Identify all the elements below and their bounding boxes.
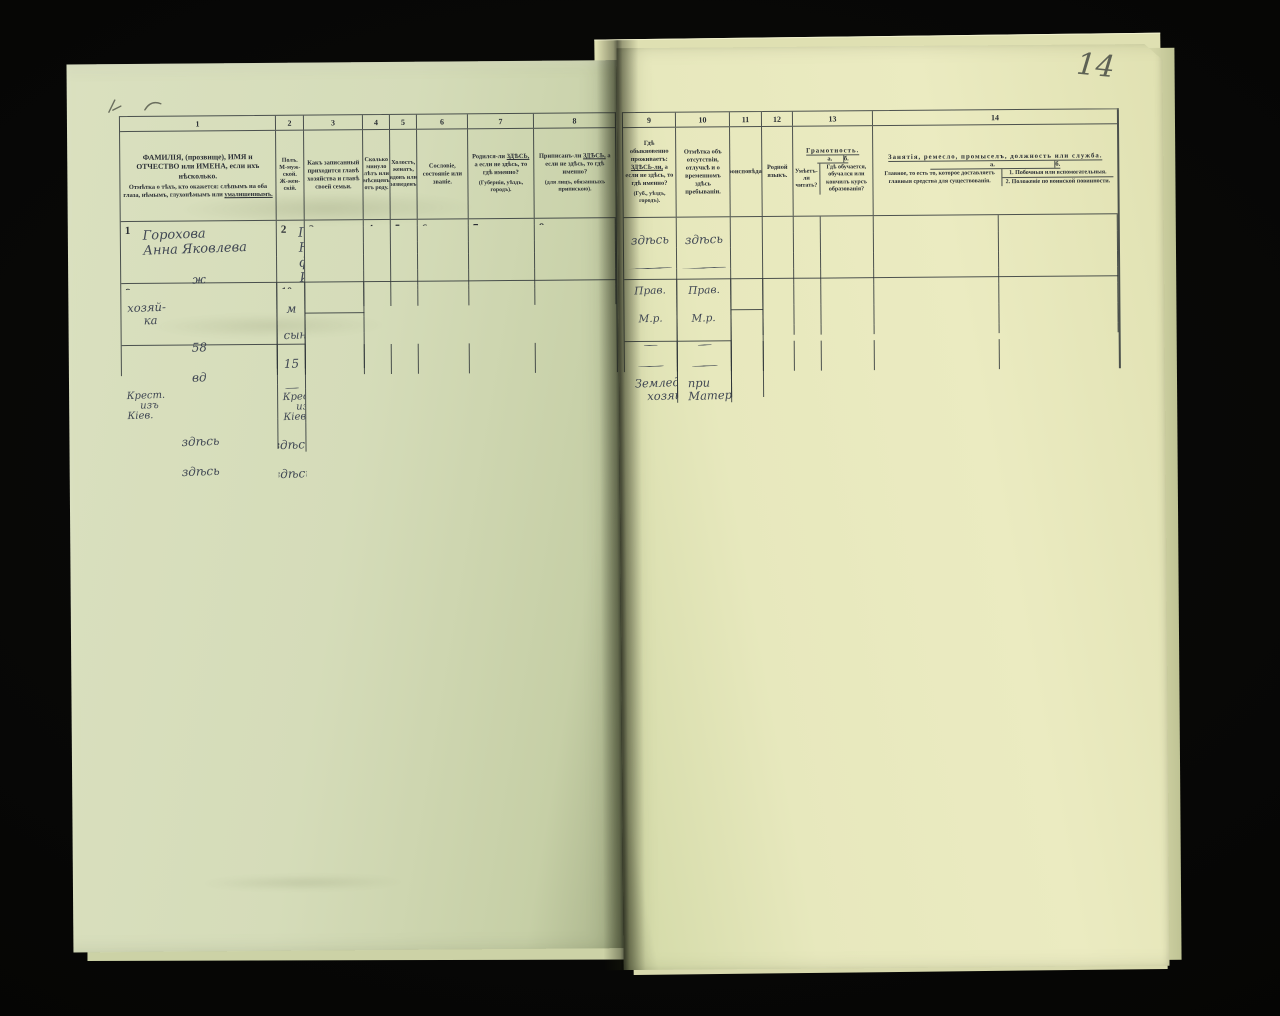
- table-row-right-8: 12: [999, 214, 1118, 277]
- cell-literacy_school: [763, 305, 794, 325]
- table-row-left-10: 10: [277, 283, 305, 345]
- census-table-right: 9 10 11 12 13 14 Гдѣ обыкновенно прожива…: [622, 108, 1121, 372]
- column-number: 12: [762, 112, 793, 126]
- column-number: 8: [534, 113, 615, 128]
- cell-marital: [469, 269, 535, 286]
- cell-resides: [731, 217, 763, 233]
- cell-occupation_main: [875, 323, 1000, 334]
- cell-marital: [364, 270, 391, 286]
- cell-marital: [535, 268, 616, 285]
- page-right: 14 9 10 11 12 13 14 Гдѣ обыкновенно прож…: [616, 44, 1169, 970]
- table-row-left-2: 2Гороховъ Ники-форъ Ивановъмсынъ15Крест.…: [277, 221, 305, 283]
- cell-resides: здѣсь: [624, 218, 677, 248]
- column-number: 2: [276, 116, 304, 130]
- table-row-right-5: 12: [794, 217, 821, 279]
- cell-age: [418, 253, 469, 269]
- cell-language: [763, 269, 794, 285]
- cell-sex: [364, 226, 391, 242]
- handwriting: здѣсь: [684, 233, 722, 248]
- header-registration: Приписанъ-ли ЗДѢСЬ, а если не здѣсь, то …: [534, 128, 616, 218]
- table-row-left-8: 8: [535, 218, 616, 281]
- row-number: 2: [281, 224, 287, 236]
- column-number: 5: [390, 115, 417, 129]
- cell-language: [999, 266, 1118, 283]
- cell-literacy_school: [794, 305, 821, 325]
- cell-estate: Крест.изъКіев.: [278, 388, 306, 422]
- header-occupation-b-letter: б.: [1055, 161, 1060, 168]
- handwriting: здѣсь: [181, 434, 219, 449]
- cell-occupation_main: [732, 387, 764, 397]
- header-occupation-side: 1. Побочныя или вспомогательныя. 2. Поло…: [1003, 168, 1114, 186]
- cell-registered: [418, 305, 469, 321]
- cell-registered: [469, 305, 535, 322]
- table-row-left-partial: [305, 282, 364, 313]
- cell-sex: [418, 225, 469, 241]
- cell-absence: [763, 233, 794, 253]
- table-row-left-3: 3: [305, 220, 364, 282]
- handwriting: Гороховъ Ники-форъ Ивановъ: [298, 227, 303, 287]
- header-occupation: Занятія, ремесло, промыселъ, должность и…: [873, 124, 1118, 215]
- cell-literacy_read: [763, 285, 794, 305]
- cell-religion: [794, 253, 821, 269]
- column-number: 10: [676, 112, 730, 126]
- census-table-left: 1 2 3 4 5 6 7 8 ФАМИЛІЯ, (прозвище), ИМЯ…: [119, 112, 618, 376]
- cell-religion: [763, 253, 794, 269]
- handwriting: здѣсь: [631, 233, 669, 248]
- cell-resides: [794, 217, 821, 233]
- header-name-note: Отмѣтка о тѣхъ, кто окажется: слѣпымъ на…: [122, 183, 273, 200]
- cell-occupation_main: [1000, 322, 1119, 333]
- handwriting: ГороховаАнна Яковлева: [142, 225, 274, 258]
- cell-name: 2Гороховъ Ники-форъ Ивановъ: [277, 221, 306, 287]
- cell-absence: [794, 233, 821, 253]
- cell-age: [305, 254, 364, 270]
- column-number: 4: [363, 115, 390, 129]
- cell-absence: [677, 295, 731, 315]
- cell-relation: [418, 241, 469, 253]
- table-row-left-9: 9: [121, 283, 277, 346]
- header-estate: Сословіе, состояніе или званіе.: [417, 129, 469, 218]
- table-row-right-partial: 1: [731, 279, 763, 310]
- cell-age: [535, 252, 616, 269]
- cell-resides: [731, 279, 763, 295]
- handwriting: здѣсь: [278, 438, 306, 453]
- cell-language: [874, 267, 999, 284]
- table-row-right-6: 12: [821, 216, 874, 278]
- header-occupation-main: Главное, то есть то, которое доставляетъ…: [878, 169, 1003, 187]
- cell-born: [469, 289, 535, 306]
- cell-absence: [999, 230, 1118, 251]
- handwriting: Крест.изъКіев.: [283, 392, 306, 423]
- cell-religion: [677, 315, 731, 331]
- book-spread: 1 2 3 4 5 6 7 8 ФАМИЛІЯ, (прозвище), ИМЯ…: [0, 0, 1280, 1016]
- cell-name: 1ГороховаАнна Яковлева: [121, 221, 277, 258]
- cell-age: [469, 253, 535, 270]
- cell-resides: [821, 216, 874, 232]
- cell-sex: [391, 226, 418, 242]
- table-row-right-9: 12: [624, 280, 677, 342]
- header-marital: Холостъ, женатъ, вдовъ или разведенъ.: [390, 130, 418, 219]
- table-row-left-6: 6: [418, 219, 469, 281]
- page-number: 14: [1075, 47, 1116, 86]
- table-row-right-7: 12: [874, 215, 999, 278]
- cell-sex: [305, 288, 364, 304]
- cell-absence: [821, 232, 874, 252]
- cell-registered: [364, 306, 391, 322]
- cell-born: [391, 290, 418, 306]
- table-row-right-10: 12: [677, 279, 731, 341]
- header-sex: Полъ. М-муж-ской. Ж-жен-скій.: [276, 131, 305, 220]
- cell-religion: [624, 316, 677, 332]
- cell-resides: [677, 279, 731, 295]
- dangling-rules-left: [122, 342, 617, 376]
- cell-religion: [874, 251, 999, 268]
- cell-sex: [121, 289, 277, 306]
- header-literacy-title: Грамотность.: [806, 147, 859, 155]
- table-row-left-1: 1ГороховаАнна Яковлеважхозяй-ка58вдКрест…: [121, 221, 277, 284]
- cell-religion: [999, 250, 1118, 267]
- cell-occupation_main: [625, 388, 678, 398]
- cell-relation: [277, 305, 305, 317]
- cell-absence: [624, 247, 677, 268]
- cell-occupation_main: [822, 324, 875, 334]
- column-number: 11: [730, 112, 762, 126]
- cell-registered: [391, 306, 418, 322]
- column-number: 3: [304, 115, 363, 129]
- header-literacy-read: Умѣетъ-ли читать?: [793, 164, 820, 195]
- handwriting: здѣсь: [279, 467, 307, 482]
- cell-marital: [391, 270, 418, 286]
- cell-sex: [469, 225, 535, 242]
- cell-religion: [821, 252, 874, 268]
- cell-born: [364, 290, 391, 306]
- table-row-left-7: 7: [469, 219, 535, 282]
- cell-sex: [535, 224, 616, 241]
- table-row-left-4: 4: [364, 220, 391, 282]
- cell-occupation_main: [795, 325, 822, 335]
- cell-relation: [364, 242, 391, 254]
- cell-religion: [731, 315, 763, 331]
- header-occupation-side-2: 2. Положеніе по воинской повинности.: [1003, 177, 1114, 186]
- cell-resides: [624, 280, 677, 296]
- cell-resides: [763, 217, 794, 233]
- handwriting: Крест.изъКіев.: [127, 386, 278, 419]
- cell-born: [418, 289, 469, 305]
- cell-resides: здѣсь: [677, 217, 731, 247]
- header-language: Родной языкъ.: [762, 127, 794, 216]
- table-row-left-5: 5: [391, 220, 418, 282]
- cell-relation: [535, 240, 616, 253]
- header-absence: Отмѣтка объ отсутствіи, отлучкѣ и о врем…: [676, 127, 731, 216]
- table-row-right-3: 12: [731, 217, 763, 279]
- dangling-rules-right: [625, 338, 1119, 372]
- header-occupation-a-letter: а.: [930, 161, 1055, 169]
- cell-absence: [731, 233, 763, 253]
- cell-age: [391, 254, 418, 270]
- cell-language: [821, 268, 874, 284]
- column-number: 13: [793, 111, 873, 126]
- cell-age: [305, 316, 364, 332]
- cell-occupation_main: [764, 325, 795, 335]
- column-number: 14: [873, 109, 1117, 125]
- cell-relation: [305, 304, 364, 316]
- header-literacy-b-letter: б.: [844, 155, 849, 162]
- header-relation: Какъ записанный приходится главѣ хозяйст…: [304, 130, 364, 219]
- cell-registered: здѣсь: [279, 452, 307, 482]
- header-literacy-school: Гдѣ обучается, обучался или кончилъ курс…: [820, 163, 872, 194]
- photo-backdrop: 1 2 3 4 5 6 7 8 ФАМИЛІЯ, (прозвище), ИМЯ…: [0, 0, 1280, 1016]
- header-age: Сколько минуло лѣтъ или мѣсяцевъ отъ род…: [363, 130, 391, 219]
- cell-born: [535, 288, 616, 305]
- cell-sex: [277, 289, 305, 305]
- cell-resides: [874, 215, 999, 232]
- handwriting: здѣсь: [181, 464, 219, 479]
- cell-registered: здѣсь: [123, 448, 279, 479]
- column-number: 6: [417, 114, 468, 128]
- column-number: 1: [120, 116, 276, 131]
- cell-religion: [731, 253, 763, 269]
- table-row-right-2: здѣсьПрав.М.р.при Матери12: [677, 217, 731, 279]
- header-name: ФАМИЛІЯ, (прозвище), ИМЯ и ОТЧЕСТВО или …: [120, 131, 277, 221]
- cell-age: [364, 254, 391, 270]
- header-literacy-a-letter: а.: [817, 156, 844, 163]
- header-row-left: ФАМИЛІЯ, (прозвище), ИМЯ и ОТЧЕСТВО или …: [120, 128, 616, 222]
- row-number: 1: [125, 225, 131, 237]
- cell-relation: [469, 241, 535, 254]
- cell-literacy_school: [874, 303, 999, 324]
- cell-occupation_main: [678, 387, 732, 397]
- header-row-right: Гдѣ обыкновенно проживаетъ: ЗДѢСЬ-ли, а …: [623, 124, 1118, 218]
- cell-literacy_read: [794, 285, 821, 305]
- page-left: 1 2 3 4 5 6 7 8 ФАМИЛІЯ, (прозвище), ИМЯ…: [66, 60, 623, 952]
- column-number: 9: [623, 113, 676, 127]
- header-literacy: Грамотность. а. б. Умѣетъ-ли читать? Гдѣ…: [793, 126, 874, 216]
- cell-relation: [391, 242, 418, 254]
- cell-sex: [305, 226, 364, 242]
- cell-absence: [677, 247, 731, 268]
- cell-literacy_read: [999, 282, 1118, 303]
- cell-literacy_read: [821, 284, 874, 304]
- cell-literacy_school: [821, 304, 874, 324]
- cell-relation: [305, 242, 364, 254]
- cell-estate: Крест.изъКіев.: [122, 385, 278, 420]
- bleedthrough-smudge: [163, 874, 443, 892]
- header-birthplace: Родился-ли ЗДѢСЬ, а если не здѣсь, то гд…: [468, 129, 535, 219]
- cell-language: [794, 269, 821, 285]
- cell-born: здѣсь: [122, 419, 278, 450]
- cell-age: [277, 317, 305, 333]
- header-religion: Вѣроисповѣданіе.: [730, 127, 763, 216]
- cell-absence: [624, 296, 677, 316]
- cell-absence: [874, 231, 999, 252]
- cell-resides: [999, 214, 1118, 231]
- cell-age: [121, 317, 277, 334]
- header-name-title: ФАМИЛІЯ, (прозвище), ИМЯ и ОТЧЕСТВО или …: [122, 152, 273, 182]
- cell-marital: [418, 269, 469, 285]
- column-number: 7: [468, 114, 534, 129]
- header-residence: Гдѣ обыкновенно проживаетъ: ЗДѢСЬ-ли, а …: [623, 128, 677, 217]
- cell-literacy_school: [999, 302, 1118, 323]
- table-row-right-4: 12: [763, 217, 794, 279]
- cell-registered: [535, 304, 616, 321]
- cell-literacy_read: [874, 283, 999, 304]
- cell-absence: [731, 295, 763, 315]
- table-row-right-1: здѣсьПрав.М.р.Земледѣлицахозяйка12: [624, 218, 677, 280]
- cell-born: здѣсь: [278, 422, 306, 452]
